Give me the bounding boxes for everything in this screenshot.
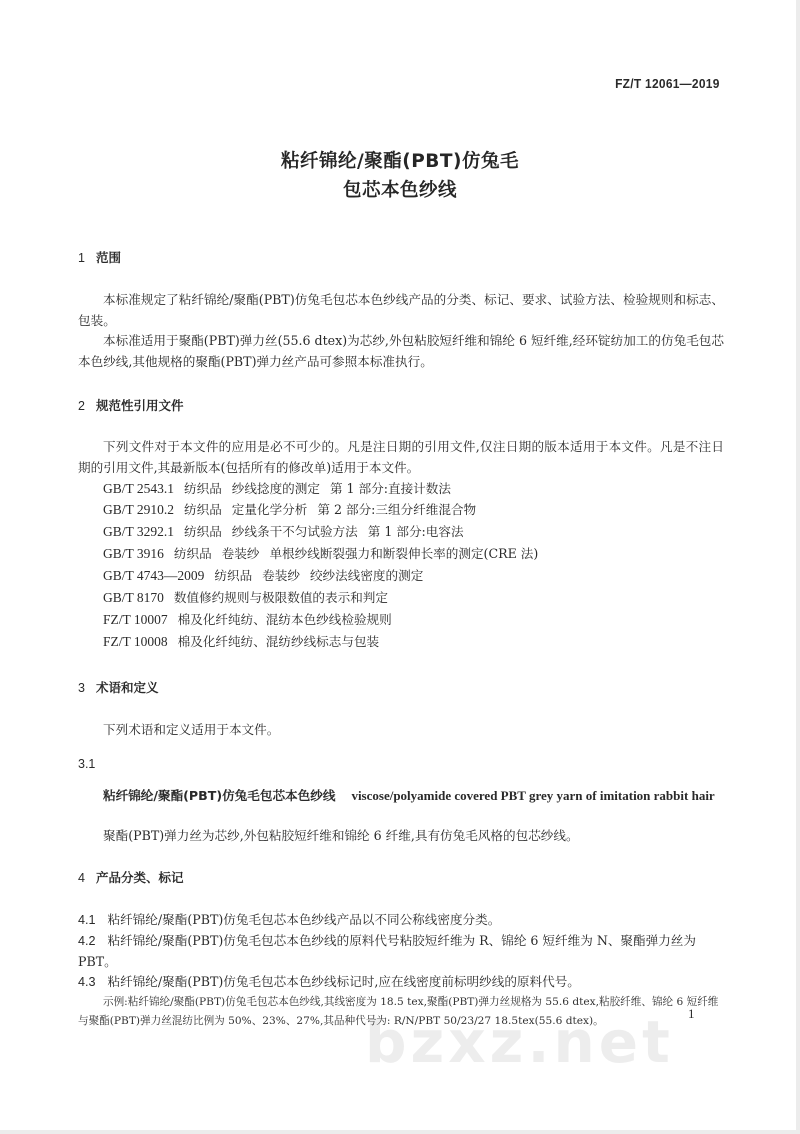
section-1-heading: 1范围	[78, 248, 121, 266]
document-page: bzxz.net FZ/T 12061—2019 粘纤锦纶/聚酯(PBT)仿兔毛…	[0, 0, 796, 1130]
reference-title-part: 第 1 部分:电容法	[368, 524, 464, 539]
standard-code: FZ/T 12061—2019	[615, 76, 720, 91]
section-title: 术语和定义	[96, 680, 159, 695]
section-number: 2	[78, 399, 85, 413]
reference-title-part: 卷装纱	[262, 568, 300, 583]
section-1-paragraph-2: 本标准适用于聚酯(PBT)弹力丝(55.6 dtex)为芯纱,外包粘胶短纤维和锦…	[78, 331, 724, 372]
section-2-paragraph-1: 下列文件对于本文件的应用是必不可少的。凡是注日期的引用文件,仅注日期的版本适用于…	[78, 437, 724, 478]
section-title: 规范性引用文件	[96, 398, 184, 413]
reference-code: FZ/T 10008	[103, 634, 168, 649]
clause-4-3: 4.3粘纤锦纶/聚酯(PBT)仿兔毛包芯本色纱线标记时,应在线密度前标明纱线的原…	[78, 972, 728, 993]
clause-number: 4.3	[78, 975, 96, 989]
reference-item: GB/T 3292.1纺织品纱线条干不匀试验方法第 1 部分:电容法	[103, 522, 464, 542]
reference-item: GB/T 4743—2009纺织品卷装纱绞纱法线密度的测定	[103, 566, 423, 586]
term-definition: 聚酯(PBT)弹力丝为芯纱,外包粘胶短纤维和锦纶 6 纤维,具有仿兔毛风格的包芯…	[78, 826, 724, 847]
example-block: 示例:粘纤锦纶/聚酯(PBT)仿兔毛包芯本色纱线,其线密度为 18.5 tex,…	[78, 993, 728, 1031]
reference-title-part: 定量化学分析	[232, 502, 308, 517]
title-line-2: 包芯本色纱线	[0, 176, 800, 202]
reference-code: GB/T 2543.1	[103, 481, 174, 496]
reference-title-part: 纺织品	[184, 502, 222, 517]
term-chinese: 粘纤锦纶/聚酯(PBT)仿兔毛包芯本色纱线	[103, 788, 335, 803]
reference-title-part: 纺织品	[184, 524, 222, 539]
reference-title-part: 卷装纱	[222, 546, 260, 561]
reference-title-part: 纱线条干不匀试验方法	[232, 524, 358, 539]
clause-4-2: 4.2粘纤锦纶/聚酯(PBT)仿兔毛包芯本色纱线的原料代号粘胶短纤维为 R、锦纶…	[78, 931, 728, 972]
reference-title-part: 第 2 部分:三组分纤维混合物	[317, 502, 476, 517]
term-number: 3.1	[78, 757, 95, 771]
reference-code: GB/T 2910.2	[103, 502, 174, 517]
reference-title-part: 纺织品	[184, 481, 222, 496]
section-3-heading: 3术语和定义	[78, 678, 158, 696]
reference-code: GB/T 8170	[103, 590, 164, 605]
reference-title-part: 棉及化纤纯纺、混纺纱线标志与包装	[178, 634, 380, 649]
reference-item: FZ/T 10007棉及化纤纯纺、混纺本色纱线检验规则	[103, 610, 392, 630]
section-3-paragraph-1: 下列术语和定义适用于本文件。	[78, 720, 724, 741]
clause-text: 粘纤锦纶/聚酯(PBT)仿兔毛包芯本色纱线产品以不同公称线密度分类。	[108, 912, 501, 927]
reference-code: FZ/T 10007	[103, 612, 168, 627]
reference-code: GB/T 3916	[103, 546, 164, 561]
reference-code: GB/T 4743—2009	[103, 568, 204, 583]
clause-number: 4.2	[78, 934, 96, 948]
section-1-paragraph-1: 本标准规定了粘纤锦纶/聚酯(PBT)仿兔毛包芯本色纱线产品的分类、标记、要求、试…	[78, 290, 724, 331]
reference-title-part: 单根纱线断裂强力和断裂伸长率的测定(CRE 法)	[269, 546, 538, 561]
section-4-heading: 4产品分类、标记	[78, 868, 183, 886]
reference-item: GB/T 2543.1纺织品纱线捻度的测定第 1 部分:直接计数法	[103, 479, 451, 499]
reference-title-part: 棉及化纤纯纺、混纺本色纱线检验规则	[178, 612, 392, 627]
section-number: 4	[78, 871, 85, 885]
reference-item: GB/T 8170数值修约规则与极限数值的表示和判定	[103, 588, 388, 608]
example-label: 示例:	[103, 996, 128, 1008]
section-number: 1	[78, 251, 85, 265]
reference-title-part: 数值修约规则与极限数值的表示和判定	[174, 590, 388, 605]
reference-item: FZ/T 10008棉及化纤纯纺、混纺纱线标志与包装	[103, 632, 379, 652]
section-2-heading: 2规范性引用文件	[78, 396, 183, 414]
term-title: 粘纤锦纶/聚酯(PBT)仿兔毛包芯本色纱线viscose/polyamide c…	[78, 786, 728, 807]
reference-title-part: 第 1 部分:直接计数法	[330, 481, 451, 496]
clause-text: 粘纤锦纶/聚酯(PBT)仿兔毛包芯本色纱线的原料代号粘胶短纤维为 R、锦纶 6 …	[78, 933, 696, 969]
section-number: 3	[78, 681, 85, 695]
reference-item: GB/T 3916纺织品卷装纱单根纱线断裂强力和断裂伸长率的测定(CRE 法)	[103, 544, 538, 564]
clause-number: 4.1	[78, 913, 96, 927]
reference-item: GB/T 2910.2纺织品定量化学分析第 2 部分:三组分纤维混合物	[103, 500, 476, 520]
title-line-1: 粘纤锦纶/聚酯(PBT)仿兔毛	[0, 147, 800, 173]
reference-title-part: 纺织品	[214, 568, 252, 583]
clause-text: 粘纤锦纶/聚酯(PBT)仿兔毛包芯本色纱线标记时,应在线密度前标明纱线的原料代号…	[108, 974, 580, 989]
clause-4-1: 4.1粘纤锦纶/聚酯(PBT)仿兔毛包芯本色纱线产品以不同公称线密度分类。	[78, 910, 728, 931]
term-english: viscose/polyamide covered PBT grey yarn …	[351, 788, 714, 803]
page-number: 1	[688, 1006, 695, 1022]
reference-title-part: 纺织品	[174, 546, 212, 561]
section-title: 范围	[96, 250, 121, 265]
section-title: 产品分类、标记	[96, 870, 184, 885]
reference-code: GB/T 3292.1	[103, 524, 174, 539]
example-text: 粘纤锦纶/聚酯(PBT)仿兔毛包芯本色纱线,其线密度为 18.5 tex,聚酯(…	[78, 996, 718, 1027]
reference-title-part: 纱线捻度的测定	[232, 481, 320, 496]
reference-title-part: 绞纱法线密度的测定	[310, 568, 423, 583]
page-content: FZ/T 12061—2019 粘纤锦纶/聚酯(PBT)仿兔毛 包芯本色纱线 1…	[0, 0, 796, 1130]
